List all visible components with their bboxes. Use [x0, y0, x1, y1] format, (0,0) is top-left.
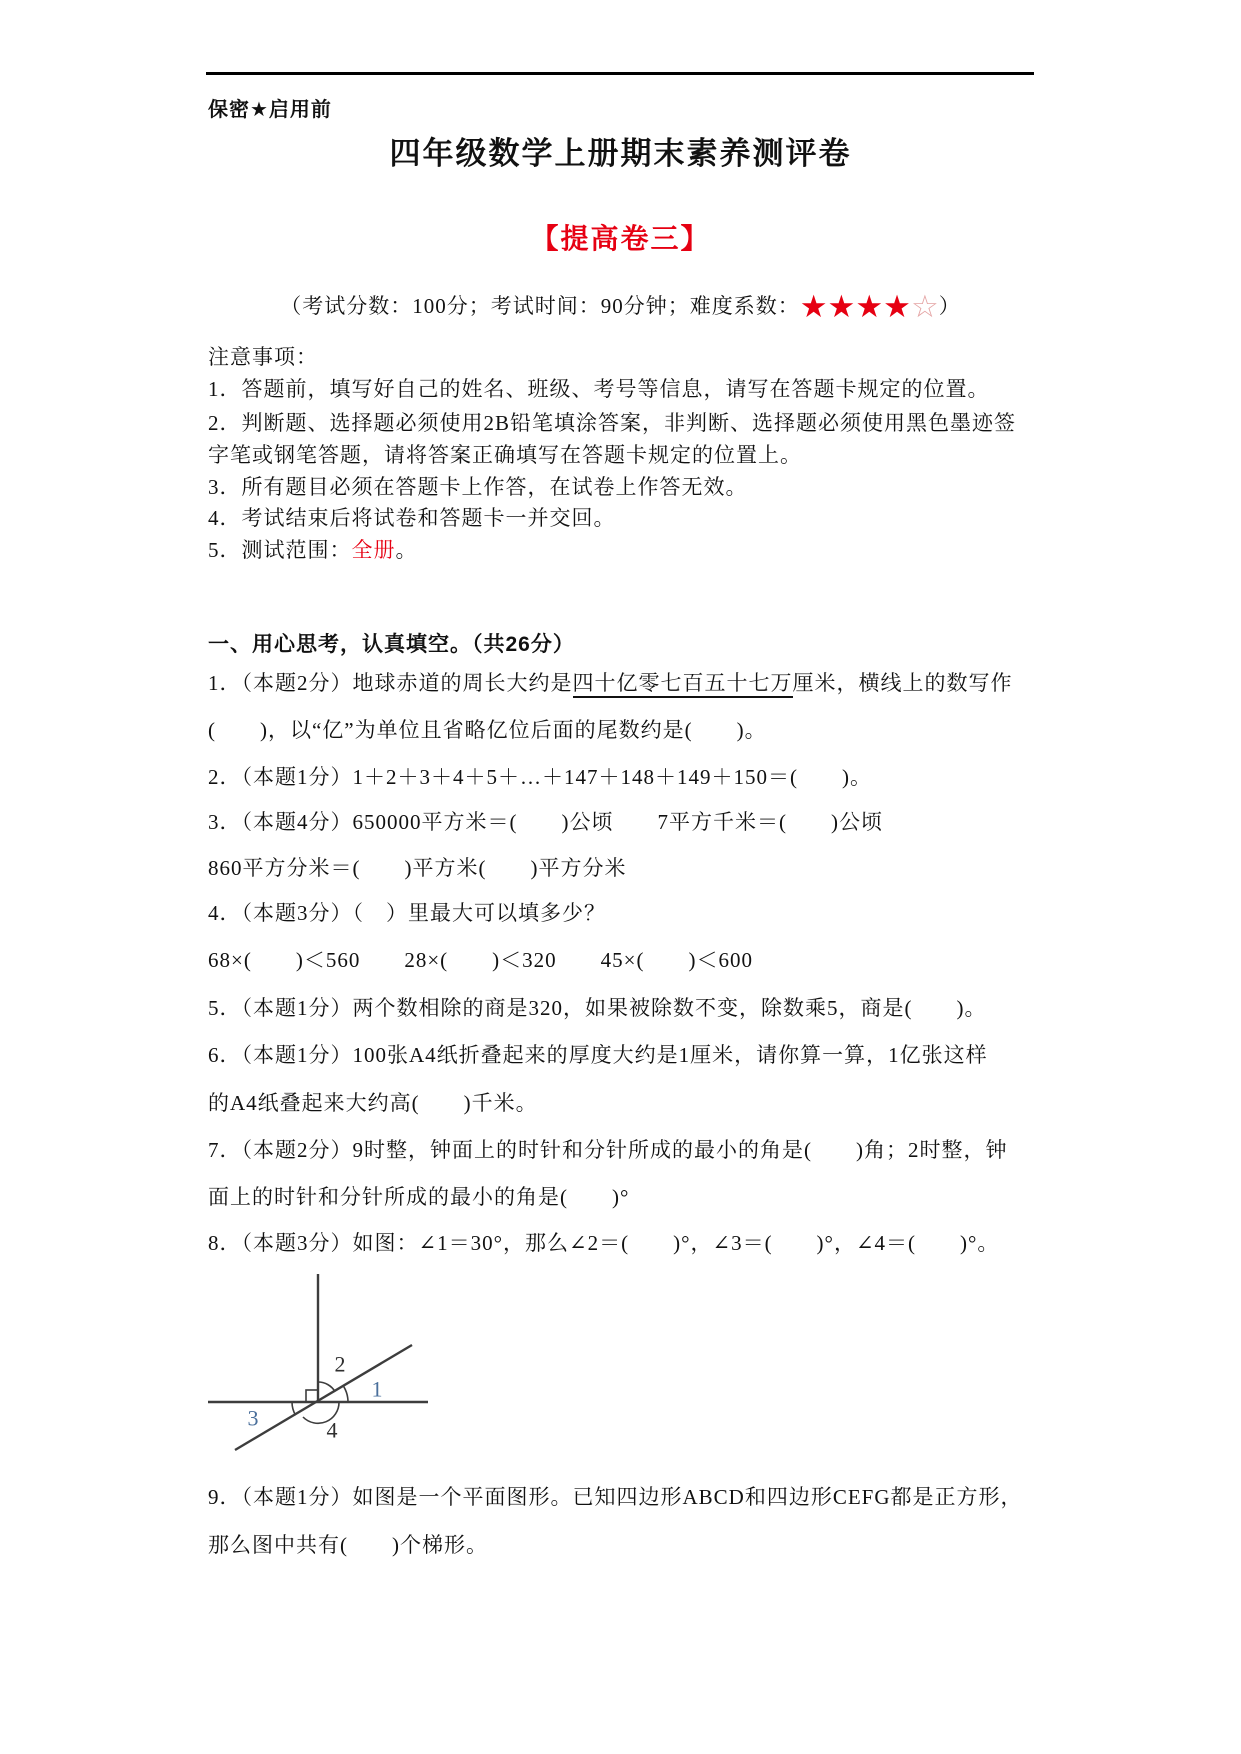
- question-1-line-2: ( )，以“亿”为单位且省略亿位后面的尾数约是( )。: [208, 717, 767, 743]
- exam-info-prefix: （考试分数：100分；考试时间：90分钟；难度系数：: [280, 294, 800, 318]
- q1-post: 厘米，横线上的数写作: [793, 671, 1013, 695]
- exam-subtitle: 【提高卷三】: [0, 226, 1241, 252]
- angle-label-2: 2: [335, 1352, 346, 1377]
- diagonal-line: [235, 1345, 412, 1450]
- angle-figure: 1 2 3 4: [180, 1260, 450, 1470]
- header-rule: [206, 72, 1034, 75]
- difficulty-star-empty-icon: ☆: [911, 289, 939, 324]
- angle-3-arc: [292, 1402, 296, 1415]
- note-line-5-prefix: 5．测试范围：: [208, 538, 352, 562]
- question-7-line-1: 7．（本题2分）9时整，钟面上的时针和分针所成的最小的角是( )角；2时整，钟: [208, 1137, 1007, 1163]
- exam-info-line: （考试分数：100分；考试时间：90分钟；难度系数：★★★★☆）: [0, 293, 1241, 320]
- notes-heading: 注意事项：: [208, 344, 318, 370]
- angle-label-4: 4: [327, 1418, 338, 1443]
- difficulty-stars-filled-icon: ★★★★: [800, 289, 911, 324]
- question-7-line-2: 面上的时针和分针所成的最小的角是( )°: [208, 1184, 629, 1210]
- question-4-line-2: 68×( )＜560 28×( )＜320 45×( )＜600: [208, 947, 753, 973]
- exam-paper-page: 保密★启用前 四年级数学上册期末素养测评卷 【提高卷三】 （考试分数：100分；…: [0, 0, 1241, 1754]
- question-2-line: 2．（本题1分）1＋2＋3＋4＋5＋…＋147＋148＋149＋150＝( )。: [208, 764, 872, 790]
- question-8-line: 8．（本题3分）如图：∠1＝30°，那么∠2＝( )°，∠3＝( )°，∠4＝(…: [208, 1230, 999, 1256]
- section-1-heading: 一、用心思考，认真填空。（共26分）: [208, 632, 575, 658]
- q1-underlined-number: 四十亿零七百五十七万: [573, 671, 793, 698]
- note-line-2: 2．判断题、选择题必须使用2B铅笔填涂答案，非判断、选择题必须使用黑色墨迹签: [208, 410, 1016, 436]
- right-angle-marker: [306, 1390, 318, 1402]
- note-line-5: 5．测试范围：全册。: [208, 537, 418, 563]
- angle-label-1: 1: [372, 1377, 383, 1402]
- q1-pre: 1．（本题2分）地球赤道的周长大约是: [208, 671, 573, 695]
- question-6-line-1: 6．（本题1分）100张A4纸折叠起来的厚度大约是1厘米，请你算一算，1亿张这样: [208, 1042, 988, 1068]
- question-6-line-2: 的A4纸叠起来大约高( )千米。: [208, 1090, 538, 1116]
- question-3-line-2: 860平方分米＝( )平方米( )平方分米: [208, 855, 626, 881]
- question-9-line-2: 那么图中共有( )个梯形。: [208, 1532, 488, 1558]
- question-4-line-1: 4．（本题3分）（ ）里最大可以填多少？: [208, 900, 606, 926]
- secrecy-notice: 保密★启用前: [208, 97, 332, 123]
- exam-info-suffix: ）: [939, 294, 961, 318]
- question-9-line-1: 9．（本题1分）如图是一个平面图形。已知四边形ABCD和四边形CEFG都是正方形…: [208, 1484, 1023, 1510]
- note-line-1: 1．答题前，填写好自己的姓名、班级、考号等信息，请写在答题卡规定的位置。: [208, 376, 990, 402]
- question-5-line: 5．（本题1分）两个数相除的商是320，如果被除数不变，除数乘5，商是( )。: [208, 995, 986, 1021]
- test-scope-highlight: 全册: [352, 538, 396, 562]
- angle-1-arc: [344, 1387, 348, 1402]
- question-1-line-1: 1．（本题2分）地球赤道的周长大约是四十亿零七百五十七万厘米，横线上的数写作: [208, 670, 1013, 696]
- angle-2-arc: [318, 1382, 335, 1392]
- note-line-2-wrap: 字笔或钢笔答题，请将答案正确填写在答题卡规定的位置上。: [208, 442, 802, 468]
- angle-label-3: 3: [248, 1406, 259, 1431]
- note-line-3: 3．所有题目必须在答题卡上作答，在试卷上作答无效。: [208, 474, 748, 500]
- question-3-line-1: 3．（本题4分）650000平方米＝( )公顷 7平方千米＝( )公顷: [208, 809, 883, 835]
- note-line-5-suffix: 。: [396, 538, 418, 562]
- exam-title: 四年级数学上册期末素养测评卷: [0, 141, 1241, 167]
- note-line-4: 4．考试结束后将试卷和答题卡一并交回。: [208, 505, 616, 531]
